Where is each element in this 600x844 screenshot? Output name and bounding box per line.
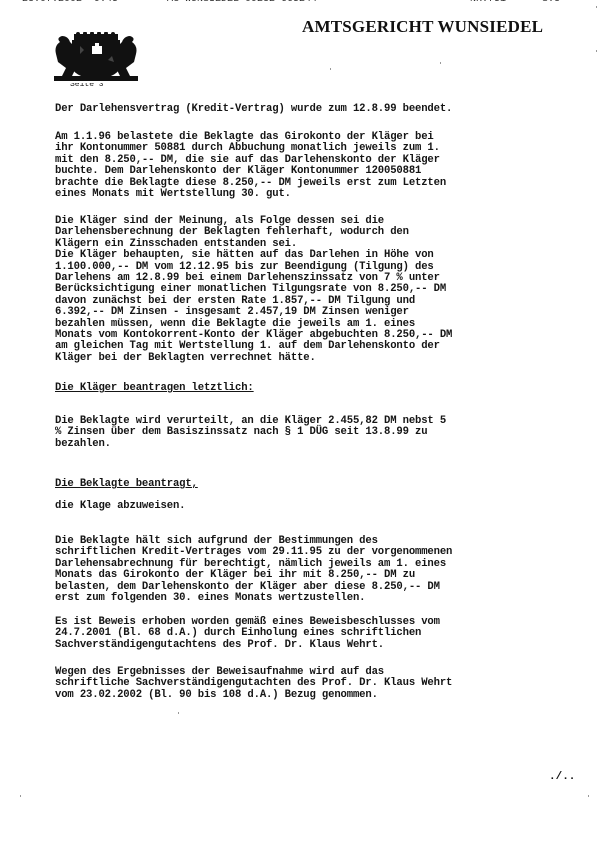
text-line: buchte. Dem Darlehenskonto der Kläger Ko… (55, 166, 585, 177)
heading-defendant-request: Die Beklagte beantragt, (55, 478, 198, 490)
fax-number: NR.751 (470, 0, 506, 5)
text-line: eines Monats mit Wertstellung 30. gut. (55, 189, 585, 200)
paragraph-plaintiffs-claim: Die Kläger sind der Meinung, als Folge d… (55, 216, 585, 364)
text-line: 6.392,-- DM Zinsen - insgesamt 2.457,19 … (55, 307, 585, 318)
court-name: AMTSGERICHT WUNSIEDEL (302, 17, 543, 37)
document-page: 23.07.2002 9:45 AG WUNSIEDEL 09232-66524… (0, 0, 600, 844)
scan-speck (20, 795, 21, 797)
scan-speck (178, 712, 179, 714)
text-line: bezahlen. (55, 439, 585, 450)
fax-datetime: 23.07.2002 9:45 (22, 0, 118, 5)
coat-of-arms-icon (52, 32, 140, 84)
fax-page-number: S.3 (542, 0, 560, 5)
continuation-mark: ./.. (549, 771, 575, 783)
scan-speck (330, 68, 331, 70)
text-line: die Klage abzuweisen. (55, 501, 585, 512)
text-line: erst zum folgenden 30. eines Monats wert… (55, 593, 585, 604)
paragraph-defendant-position: Die Beklagte hält sich aufgrund der Best… (55, 536, 585, 604)
scan-speck (588, 795, 589, 797)
text-line: Sachverständigengutachtens des Prof. Dr.… (55, 640, 585, 651)
paragraph-dismiss-claim: die Klage abzuweisen. (55, 501, 585, 512)
text-line: vom 23.02.2002 (Bl. 90 bis 108 d.A.) Bez… (55, 690, 585, 701)
heading-plaintiffs-request: Die Kläger beantragen letztlich: (55, 382, 254, 394)
scan-speck (596, 6, 597, 8)
fax-transmission-header: 23.07.2002 9:45 AG WUNSIEDEL 09232-66524… (22, 0, 580, 6)
text-line: Der Darlehensvertrag (Kredit-Vertrag) wu… (55, 104, 585, 115)
paragraph-requested-judgment: Die Beklagte wird verurteilt, an die Klä… (55, 416, 585, 450)
scan-speck (440, 62, 441, 64)
fax-sender: AG WUNSIEDEL 09232-665244 (167, 0, 317, 5)
paragraph-evidence-taken: Es ist Beweis erhoben worden gemäß eines… (55, 617, 585, 651)
text-line: % Zinsen über dem Basiszinssatz nach § 1… (55, 427, 585, 438)
text-line: Monats das Girokonto der Kläger bei ihr … (55, 570, 585, 581)
seal-caption: Seite 3 (70, 83, 120, 89)
paragraph-expert-report-reference: Wegen des Ergebnisses der Beweisaufnahme… (55, 667, 585, 701)
text-line: Die Kläger behaupten, sie hätten auf das… (55, 250, 585, 261)
paragraph-contract-ended: Der Darlehensvertrag (Kredit-Vertrag) wu… (55, 104, 585, 115)
text-line: Kläger bei der Beklagten verrechnet hätt… (55, 353, 585, 364)
scan-speck (596, 50, 597, 52)
paragraph-debit-description: Am 1.1.96 belastete die Beklagte das Gir… (55, 132, 585, 200)
